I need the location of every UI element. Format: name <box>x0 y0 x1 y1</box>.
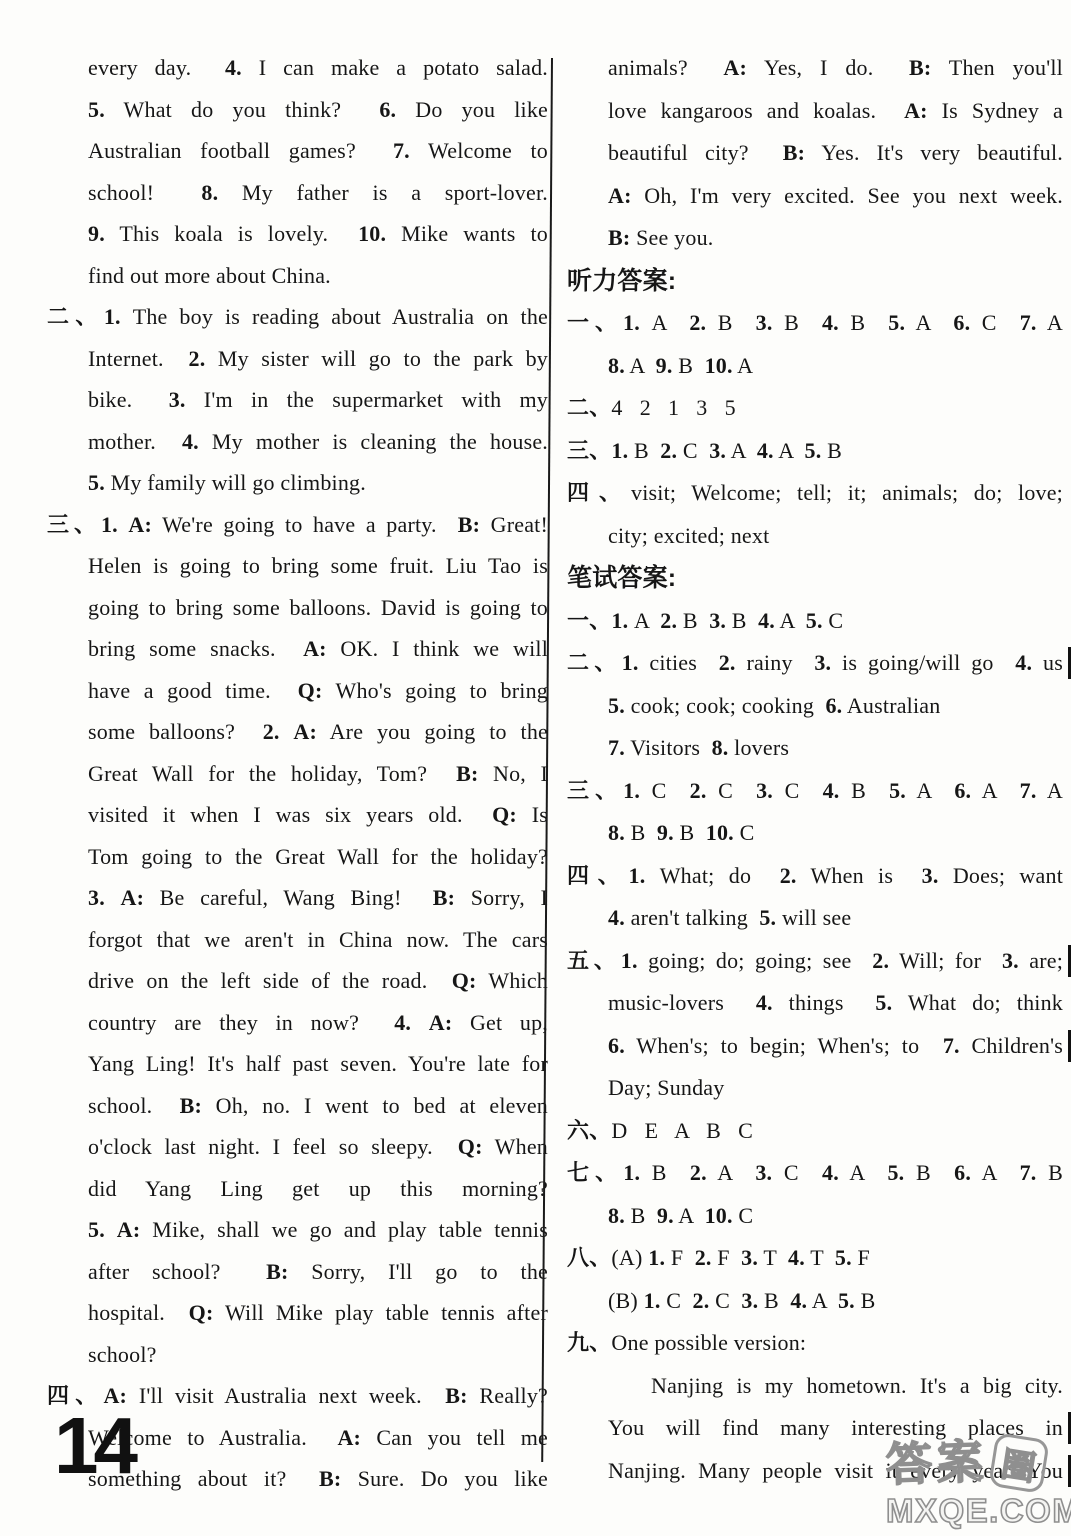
text-line: 8. B 9. A 10. C <box>567 1195 1063 1238</box>
text-line: hospital. Q: Will Mike play table tennis… <box>47 1292 548 1334</box>
text-line: 5. What do you think? 6. Do you like <box>47 89 548 131</box>
text-line: Great Wall for the holiday, Tom? B: No, … <box>47 753 548 795</box>
text-line: 五、1. going; do; going; see 2. Will; for … <box>567 940 1063 983</box>
text-line: 九、One possible version: <box>567 1322 1063 1365</box>
text-line: 7. Visitors 8. lovers <box>567 727 1063 770</box>
text-line: visited it when I was six years old. Q: … <box>47 794 548 836</box>
answer-key-page: every day. 4. I can make a potato salad.… <box>0 0 1071 1536</box>
text-line: school. B: Oh, no. I went to bed at elev… <box>47 1085 548 1127</box>
text-line: Nanjing. Many people visit it every year… <box>567 1450 1063 1493</box>
text-line: have a good time. Q: Who's going to brin… <box>47 670 548 712</box>
text-line: love kangaroos and koalas. A: Is Sydney … <box>567 90 1063 133</box>
answer-column-left: every day. 4. I can make a potato salad.… <box>47 47 548 1500</box>
text-line: A: Oh, I'm very excited. See you next we… <box>567 175 1063 218</box>
text-line: 5. My family will go climbing. <box>47 462 548 504</box>
text-line: Tom going to the Great Wall for the holi… <box>47 836 548 878</box>
text-line: 七、1. B 2. A 3. C 4. A 5. B 6. A 7. B <box>567 1152 1063 1195</box>
text-line: school? <box>47 1334 548 1376</box>
text-line: city; excited; next <box>567 515 1063 558</box>
text-line: 四、1. What; do 2. When is 3. Does; want <box>567 855 1063 898</box>
text-line: 5. A: Mike, shall we go and play table t… <box>47 1209 548 1251</box>
text-line: 8. B 9. B 10. C <box>567 812 1063 855</box>
text-line: did Yang Ling get up this morning? <box>47 1168 548 1210</box>
text-line: o'clock last night. I feel so sleepy. Q:… <box>47 1126 548 1168</box>
text-line: school! 8. My father is a sport-lover. <box>47 172 548 214</box>
text-line: country are they in now? 4. A: Get up, <box>47 1002 548 1044</box>
text-line: music-lovers 4. things 5. What do; think <box>567 982 1063 1025</box>
text-line: 9. This koala is lovely. 10. Mike wants … <box>47 213 548 255</box>
text-line: You will find many interesting places in <box>567 1407 1063 1450</box>
text-line: 四、visit; Welcome; tell; it; animals; do;… <box>567 472 1063 515</box>
text-line: 三、1. A: We're going to have a party. B: … <box>47 504 548 546</box>
text-line: every day. 4. I can make a potato salad. <box>47 47 548 89</box>
text-line: 5. cook; cook; cooking 6. Australian <box>567 685 1063 728</box>
text-line: Day; Sunday <box>567 1067 1063 1110</box>
text-line: mother. 4. My mother is cleaning the hou… <box>47 421 548 463</box>
text-line: 听力答案: <box>567 260 1063 303</box>
text-line: 八、(A) 1. F 2. F 3. T 4. T 5. F <box>567 1237 1063 1280</box>
text-line: Helen is going to bring some fruit. Liu … <box>47 545 548 587</box>
text-line: animals? A: Yes, I do. B: Then you'll <box>567 47 1063 90</box>
text-line: 三、1. B 2. C 3. A 4. A 5. B <box>567 430 1063 473</box>
text-line: find out more about China. <box>47 255 548 297</box>
text-line: 三、1. C 2. C 3. C 4. B 5. A 6. A 7. A <box>567 770 1063 813</box>
text-line: going to bring some balloons. David is g… <box>47 587 548 629</box>
text-line: Internet. 2. My sister will go to the pa… <box>47 338 548 380</box>
text-line: 六、D E A B C <box>567 1110 1063 1153</box>
text-line: 二、1. The boy is reading about Australia … <box>47 296 548 338</box>
text-line: some balloons? 2. A: Are you going to th… <box>47 711 548 753</box>
text-line: bike. 3. I'm in the supermarket with my <box>47 379 548 421</box>
text-line: Yang Ling! It's half past seven. You're … <box>47 1043 548 1085</box>
answer-column-right: animals? A: Yes, I do. B: Then you'lllov… <box>567 47 1063 1492</box>
text-line: Australian football games? 7. Welcome to <box>47 130 548 172</box>
text-line: 二、4 2 1 3 5 <box>567 387 1063 430</box>
text-line: forgot that we aren't in China now. The … <box>47 919 548 961</box>
text-line: 6. When's; to begin; When's; to 7. Child… <box>567 1025 1063 1068</box>
text-line: 笔试答案: <box>567 557 1063 600</box>
text-line: beautiful city? B: Yes. It's very beauti… <box>567 132 1063 175</box>
text-line: B: See you. <box>567 217 1063 260</box>
page-number: 14 <box>54 1406 133 1486</box>
text-line: drive on the left side of the road. Q: W… <box>47 960 548 1002</box>
text-line: 4. aren't talking 5. will see <box>567 897 1063 940</box>
text-line: after school? B: Sorry, I'll go to the <box>47 1251 548 1293</box>
text-line: bring some snacks. A: OK. I think we wil… <box>47 628 548 670</box>
text-line: 一、1. A 2. B 3. B 4. B 5. A 6. C 7. A <box>567 302 1063 345</box>
text-line: Nanjing is my hometown. It's a big city. <box>567 1365 1063 1408</box>
watermark-site-text: MXQE.COM <box>886 1492 1071 1530</box>
text-line: (B) 1. C 2. C 3. B 4. A 5. B <box>567 1280 1063 1323</box>
text-line: 一、1. A 2. B 3. B 4. A 5. C <box>567 600 1063 643</box>
text-line: 二、1. cities 2. rainy 3. is going/will go… <box>567 642 1063 685</box>
text-line: 3. A: Be careful, Wang Bing! B: Sorry, I <box>47 877 548 919</box>
text-line: 8. A 9. B 10. A <box>567 345 1063 388</box>
